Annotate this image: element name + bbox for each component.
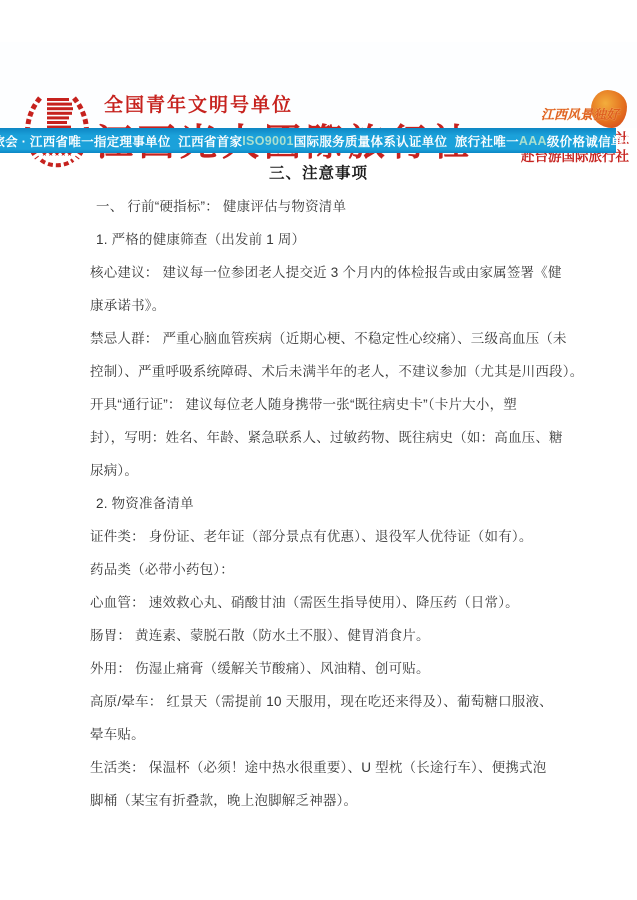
text-line: 控制）、严重呼吸系统障碍、术后未满半年的老人，不建议参加（尤其是川西段）。 (90, 355, 582, 388)
banner-text-iso9001: ISO9001 (242, 134, 293, 148)
section-title: 三、注意事项 (0, 161, 637, 183)
document-page: ★★★★★ 全国青年文明号单位 江西光大國際旅行社 江西风景独好 五星级国际旅行… (0, 0, 637, 900)
text-line: 封），写明：姓名、年龄、紧急联系人、过敏药物、既往病史（如：高血压、糖 (90, 421, 582, 454)
text-line: 尿病）。 (90, 454, 582, 487)
text-line: 核心建议： 建议每一位参团老人提交近 3 个月内的体检报告或由家属签署《健 (90, 256, 582, 289)
banner-text-part3: 级价格诚信单位 (547, 132, 637, 150)
document-body: 一、 行前“硬指标”： 健康评估与物资清单 1. 严格的健康筛查（出发前 1 周… (90, 190, 582, 817)
text-line: 一、 行前“硬指标”： 健康评估与物资清单 (90, 190, 582, 223)
text-line: 2. 物资准备清单 (90, 487, 582, 520)
seal-text: 江西风景独好 (541, 104, 619, 123)
text-line: 康承诺书》。 (90, 289, 582, 322)
scenery-seal: 江西风景独好 (419, 90, 629, 130)
text-line: 肠胃： 黄连素、蒙脱石散（防水土不服）、健胃消食片。 (90, 619, 582, 652)
banner-text-part2: 国际服务质量体系认证单位 旅行社唯一 (294, 132, 519, 150)
text-line: 证件类： 身份证、老年证（部分景点有优惠）、退役军人优待证（如有）。 (90, 520, 582, 553)
text-line: 生活类： 保温杯（必须！途中热水很重要）、U 型枕（长途行车）、便携式泡 (90, 751, 582, 784)
banner-text-part1: 海旅会 · 江西省唯一指定理事单位 江西省首家 (0, 132, 242, 150)
letterhead: ★★★★★ 全国青年文明号单位 江西光大國際旅行社 江西风景独好 五星级国际旅行… (0, 42, 637, 128)
text-line: 心血管： 速效救心丸、硝酸甘油（需医生指导使用）、降压药（日常）。 (90, 586, 582, 619)
text-line: 开具“通行证”： 建议每位老人随身携带一张“既往病史卡”（卡片大小，塑 (90, 388, 582, 421)
text-line: 1. 严格的健康筛查（出发前 1 周） (90, 223, 582, 256)
text-line: 禁忌人群： 严重心脑血管疾病（近期心梗、不稳定性心绞痛）、三级高血压（未 (90, 322, 582, 355)
text-line: 晕车贴。 (90, 718, 582, 751)
text-line: 外用： 伤湿止痛膏（缓解关节酸痛）、风油精、创可贴。 (90, 652, 582, 685)
banner-text-aaa: AAA (519, 134, 547, 148)
text-line: 脚桶（某宝有折叠款，晚上泡脚解乏神器）。 (90, 784, 582, 817)
text-line: 高原/晕车： 红景天（需提前 10 天服用，现在吃还来得及）、葡萄糖口服液、 (90, 685, 582, 718)
text-line: 药品类（必带小药包）： (90, 553, 582, 586)
accreditation-banner: 海旅会 · 江西省唯一指定理事单位 江西省首家 ISO9001 国际服务质量体系… (0, 128, 616, 153)
